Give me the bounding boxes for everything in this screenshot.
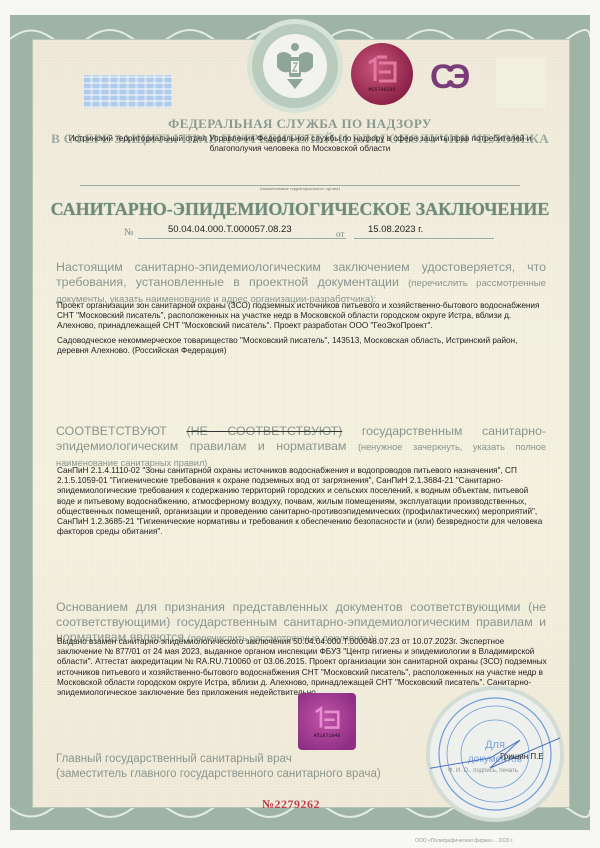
signer-name: Гришин П.Е	[500, 752, 544, 761]
hologram-sticker: АП1871046	[298, 693, 356, 750]
rospotrebnadzor-logo-icon	[310, 705, 344, 731]
from-label: от	[336, 229, 344, 239]
hologram-seal: MC5796295	[351, 43, 413, 105]
number-underline	[138, 238, 346, 239]
coat-of-arms-emblem	[252, 24, 338, 108]
project-description: Проект организации зон санитарной охраны…	[57, 301, 547, 332]
sticker-code: АП1871046	[313, 733, 340, 739]
chief-line2: (заместитель главного государственного с…	[56, 767, 381, 782]
issue-date: 15.08.2023 г.	[368, 224, 423, 235]
number-label: №	[124, 227, 134, 238]
date-underline	[354, 238, 494, 239]
complies-text: СООТВЕТСТВУЮТ	[56, 424, 167, 438]
chief-line1: Главный государственный санитарный врач	[56, 752, 381, 767]
printer-note: ООО «Полиграфическая фирма»... 2020 г.	[415, 838, 514, 844]
form-serial-number: №2279262	[262, 797, 320, 812]
number-date-row: № 50.04.04.000.Т.000057.08.23 от 15.08.2…	[120, 224, 500, 240]
blank-field	[496, 58, 546, 108]
security-hologram-strip	[84, 75, 172, 108]
agency-name-line1: ФЕДЕРАЛЬНАЯ СЛУЖБА ПО НАДЗОРУ	[0, 116, 600, 132]
document-title: САНИТАРНО-ЭПИДЕМИОЛОГИЧЕСКОЕ ЗАКЛЮЧЕНИЕ	[0, 199, 600, 220]
section2-compliance: СООТВЕТСТВУЮТ (НЕ СООТВЕТСТВУЮТ) государ…	[56, 424, 546, 471]
rospotrebnadzor-logo-icon	[365, 55, 399, 85]
section1-intro: Настоящим санитарно-эпидемиологическим з…	[56, 260, 546, 307]
svg-text:Для: Для	[485, 739, 505, 751]
hologram-code: MC5796295	[368, 87, 395, 93]
signature-caption: Ф. И. О., подпись, печать	[448, 768, 518, 774]
organization-address: Садоводческое некоммерческое товариществ…	[57, 336, 547, 356]
not-complies-text: (НЕ СООТВЕТСТВУЮТ)	[186, 424, 342, 438]
certificate-number: 50.04.04.000.Т.000057.08.23	[168, 224, 292, 235]
chief-doctor-title: Главный государственный санитарный врач …	[56, 752, 381, 782]
double-headed-eagle-icon	[273, 41, 317, 91]
issuing-body-caption: (наименование территориального органа)	[0, 186, 600, 191]
sanitary-rules: СанПиН 2.1.4.1110-02 "Зоны санитарной ох…	[57, 466, 547, 537]
se-logo: СЭ	[430, 58, 462, 97]
issuing-body: Истринский территориальный отдел Управле…	[60, 134, 540, 154]
